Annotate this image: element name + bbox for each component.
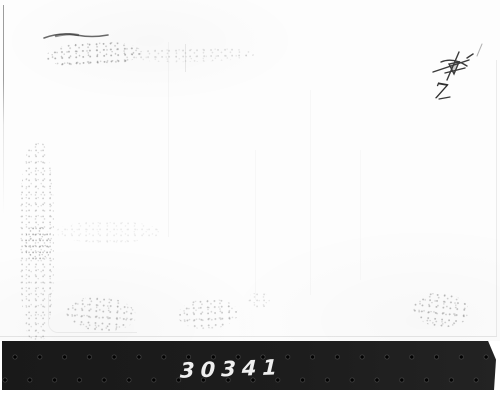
- paper-right-edge-line: [496, 60, 497, 336]
- photo-print: 7 30341: [0, 0, 500, 396]
- crease-line: [360, 150, 361, 280]
- paper-left-edge-line: [3, 5, 4, 215]
- bottom-margin: [0, 390, 500, 396]
- pencil-dash-icon: [42, 28, 112, 44]
- erased-writing-ghost: [56, 221, 160, 243]
- crease-line: [310, 90, 311, 295]
- left-stain-blob: [24, 226, 52, 262]
- paper-area: 7: [0, 0, 500, 341]
- corner-shadow-outline: [48, 294, 137, 333]
- catalog-number: 30341: [180, 355, 284, 383]
- crease-line: [185, 44, 186, 72]
- crease-line: [255, 150, 256, 300]
- strip-shadow-line: [0, 336, 497, 337]
- scale-strip: 30341: [2, 341, 496, 390]
- bottom-smudge-right: [411, 290, 470, 330]
- pencil-scribble-icon: [423, 38, 485, 116]
- bottom-smudge-mid: [177, 297, 238, 330]
- crease-line: [168, 42, 169, 237]
- top-smudge-tail: [125, 47, 255, 63]
- bottom-smudge-small: [248, 292, 270, 308]
